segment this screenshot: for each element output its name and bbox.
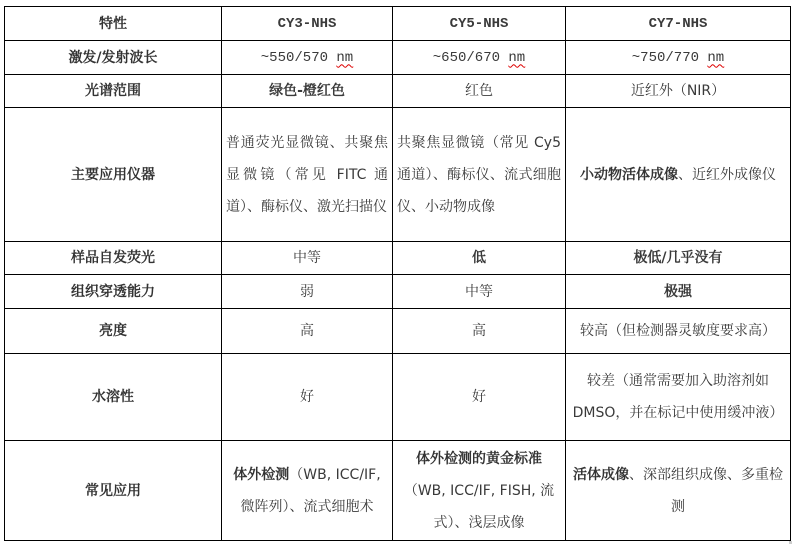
cell-cy7-penetration: 极强 bbox=[566, 275, 791, 309]
cell-cy5-brightness: 高 bbox=[393, 309, 566, 354]
table-row-autofluorescence: 样品自发荧光 中等 低 极低/几乎没有 bbox=[5, 242, 791, 275]
row-label: 光谱范围 bbox=[5, 75, 222, 108]
wavelength-value: ~650/670 bbox=[433, 50, 509, 66]
cell-cy3-brightness: 高 bbox=[222, 309, 393, 354]
unit-spellcheck: nm bbox=[508, 50, 525, 66]
table-row-spectrum: 光谱范围 绿色-橙红色 红色 近红外（NIR） bbox=[5, 75, 791, 108]
cell-cy7-solubility: 较差（通常需要加入助溶剂如DMSO，并在标记中使用缓冲液） bbox=[566, 354, 791, 441]
cell-cy5-solubility: 好 bbox=[393, 354, 566, 441]
cell-cy7-autofluorescence: 极低/几乎没有 bbox=[566, 242, 791, 275]
row-label: 水溶性 bbox=[5, 354, 222, 441]
cell-cy7-instruments: 小动物活体成像、近红外成像仪 bbox=[566, 108, 791, 242]
cell-cy5-applications: 体外检测的黄金标准（WB, ICC/IF, FISH, 流式）、浅层成像 bbox=[393, 441, 566, 541]
cell-cy3-instruments: 普通荧光显微镜、共聚焦显微镜（常见 FITC 通道）、酶标仪、激光扫描仪 bbox=[222, 108, 393, 242]
cell-cy7-applications: 活体成像、深部组织成像、多重检测 bbox=[566, 441, 791, 541]
unit-spellcheck: nm bbox=[336, 50, 353, 66]
row-label: 亮度 bbox=[5, 309, 222, 354]
cell-cy5-autofluorescence: 低 bbox=[393, 242, 566, 275]
table-row-solubility: 水溶性 好 好 较差（通常需要加入助溶剂如DMSO，并在标记中使用缓冲液） bbox=[5, 354, 791, 441]
emphasis-text: 体外检测 bbox=[233, 467, 289, 483]
cell-cy5-instruments: 共聚焦显微镜（常见 Cy5 通道）、酶标仪、流式细胞仪、小动物成像 bbox=[393, 108, 566, 242]
cell-cy5-penetration: 中等 bbox=[393, 275, 566, 309]
cell-cy3-solubility: 好 bbox=[222, 354, 393, 441]
wavelength-value: ~550/570 bbox=[261, 50, 337, 66]
row-label: 主要应用仪器 bbox=[5, 108, 222, 242]
table-row-brightness: 亮度 高 高 较高（但检测器灵敏度要求高） bbox=[5, 309, 791, 354]
row-label: 样品自发荧光 bbox=[5, 242, 222, 275]
comparison-table: 特性 CY3-NHS CY5-NHS CY7-NHS 激发/发射波长 ~550/… bbox=[4, 6, 791, 541]
cell-cy3-spectrum: 绿色-橙红色 bbox=[222, 75, 393, 108]
cell-cy5-wavelength: ~650/670 nm bbox=[393, 41, 566, 75]
cell-cy7-spectrum: 近红外（NIR） bbox=[566, 75, 791, 108]
emphasis-text: 小动物活体成像 bbox=[580, 167, 678, 183]
cell-cy7-wavelength: ~750/770 nm bbox=[566, 41, 791, 75]
cell-cy3-applications: 体外检测（WB, ICC/IF, 微阵列）、流式细胞术 bbox=[222, 441, 393, 541]
cell-cy7-brightness: 较高（但检测器灵敏度要求高） bbox=[566, 309, 791, 354]
cell-cy3-wavelength: ~550/570 nm bbox=[222, 41, 393, 75]
row-label: 常见应用 bbox=[5, 441, 222, 541]
unit-spellcheck: nm bbox=[707, 50, 724, 66]
table-row-penetration: 组织穿透能力 弱 中等 极强 bbox=[5, 275, 791, 309]
detail-text: 、近红外成像仪 bbox=[678, 167, 776, 183]
cell-cy5-spectrum: 红色 bbox=[393, 75, 566, 108]
table-row-instruments: 主要应用仪器 普通荧光显微镜、共聚焦显微镜（常见 FITC 通道）、酶标仪、激光… bbox=[5, 108, 791, 242]
row-label: 组织穿透能力 bbox=[5, 275, 222, 309]
wavelength-value: ~750/770 bbox=[632, 50, 708, 66]
detail-text: （WB, ICC/IF, FISH, 流式）、浅层成像 bbox=[404, 483, 554, 531]
resize-corner-mark bbox=[789, 541, 792, 544]
table-row-applications: 常见应用 体外检测（WB, ICC/IF, 微阵列）、流式细胞术 体外检测的黄金… bbox=[5, 441, 791, 541]
row-label: 激发/发射波长 bbox=[5, 41, 222, 75]
table-row-wavelength: 激发/发射波长 ~550/570 nm ~650/670 nm ~750/770… bbox=[5, 41, 791, 75]
header-property: 特性 bbox=[5, 7, 222, 41]
header-row: 特性 CY3-NHS CY5-NHS CY7-NHS bbox=[5, 7, 791, 41]
emphasis-text: 活体成像 bbox=[573, 467, 629, 483]
header-cy5: CY5-NHS bbox=[393, 7, 566, 41]
cell-cy3-autofluorescence: 中等 bbox=[222, 242, 393, 275]
detail-text: 、深部组织成像、多重检测 bbox=[629, 467, 783, 515]
header-cy7: CY7-NHS bbox=[566, 7, 791, 41]
cell-cy3-penetration: 弱 bbox=[222, 275, 393, 309]
emphasis-text: 体外检测的黄金标准 bbox=[416, 451, 542, 467]
header-cy3: CY3-NHS bbox=[222, 7, 393, 41]
